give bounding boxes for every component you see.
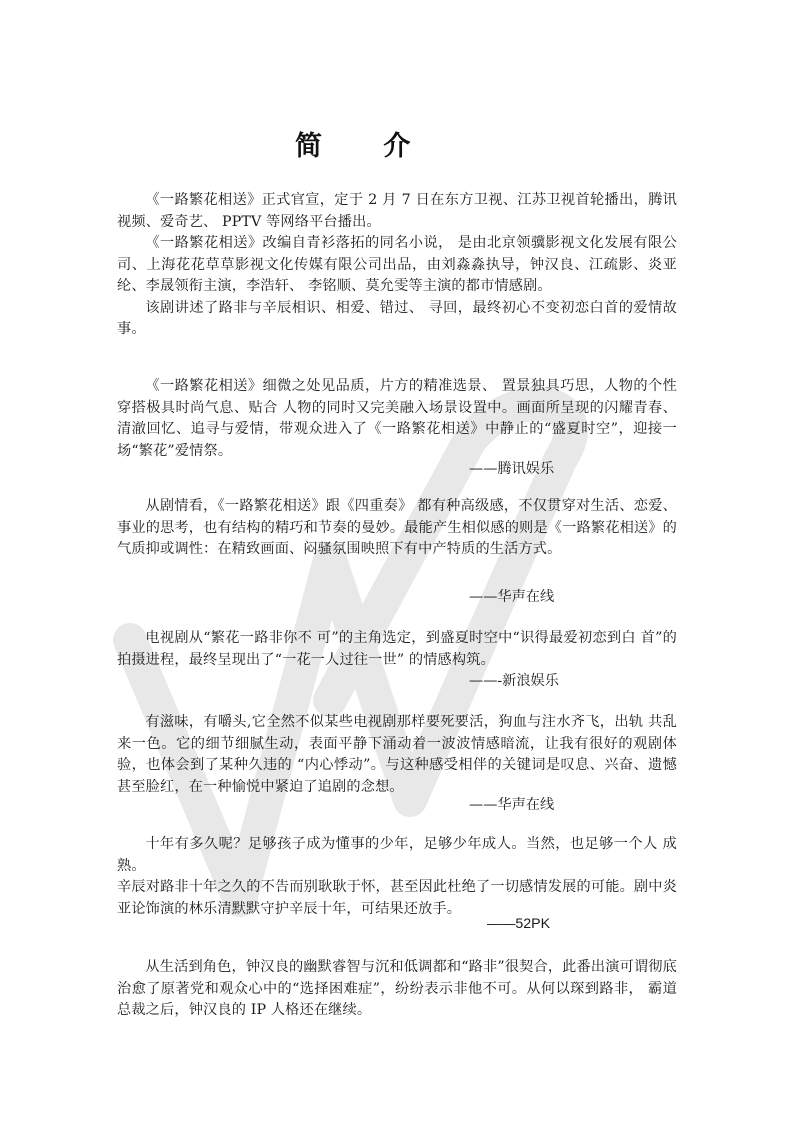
paragraph: 电视剧从“繁花一路非你不 可”的主角选定，到盛夏时空中“识得最爱初恋到白 首”的…	[117, 628, 677, 671]
closing-section: 从生活到角色，钟汉良的幽默睿智与沉和低调都和“路非”很契合，此番出演可谓彻底治愈…	[117, 957, 677, 1022]
review-source: ——腾讯娱乐	[469, 458, 554, 478]
paragraph: 《一路繁花相送》细微之处见品质，片方的精准选景、 置景独具巧思，人物的个性穿搭极…	[117, 376, 677, 462]
paragraph: 从生活到角色，钟汉良的幽默睿智与沉和低调都和“路非”很契合，此番出演可谓彻底治愈…	[117, 957, 677, 1022]
paragraph: 十年有多久呢？足够孩子成为懂事的少年，足够少年成人。当然，也足够一个人 成熟。	[117, 834, 677, 877]
page-title: 简 介	[295, 124, 436, 163]
paragraph: 辛辰对路非十年之久的不告而别耿耿于怀，甚至因此杜绝了一切感情发展的可能。剧中炎亚…	[117, 877, 677, 920]
paragraph: 该剧讲述了路非与辛辰相识、相爱、错过、 寻回，最终初心不变初恋白首的爱情故事。	[117, 298, 677, 341]
paragraph: 《一路繁花相送》正式官宣，定于 2 月 7 日在东方卫视、江苏卫视首轮播出，腾讯…	[117, 190, 677, 233]
review-source: ——华声在线	[469, 586, 554, 606]
review-source: ——-新浪娱乐	[469, 670, 559, 690]
review-section: 电视剧从“繁花一路非你不 可”的主角选定，到盛夏时空中“识得最爱初恋到白 首”的…	[117, 628, 677, 671]
paragraph: 《一路繁花相送》改编自青衫落拓的同名小说， 是由北京领骥影视文化发展有限公司、上…	[117, 233, 677, 298]
paragraph: 有滋味，有嚼头,它全然不似某些电视剧那样要死要活，狗血与注水齐飞，出轨 共乱来一…	[117, 712, 677, 798]
review-section: 从剧情看，《一路繁花相送》跟《四重奏》 都有种高级感，不仅贯穿对生活、恋爱、事业…	[117, 496, 677, 561]
review-section: 有滋味，有嚼头,它全然不似某些电视剧那样要死要活，狗血与注水齐飞，出轨 共乱来一…	[117, 712, 677, 798]
intro-section: 《一路繁花相送》正式官宣，定于 2 月 7 日在东方卫视、江苏卫视首轮播出，腾讯…	[117, 190, 677, 341]
review-source: ——52PK	[487, 916, 550, 932]
review-source: ——华声在线	[469, 794, 554, 814]
wps-watermark-icon	[0, 0, 793, 1122]
paragraph: 从剧情看，《一路繁花相送》跟《四重奏》 都有种高级感，不仅贯穿对生活、恋爱、事业…	[117, 496, 677, 561]
review-section: 十年有多久呢？足够孩子成为懂事的少年，足够少年成人。当然，也足够一个人 成熟。 …	[117, 834, 677, 920]
review-section: 《一路繁花相送》细微之处见品质，片方的精准选景、 置景独具巧思，人物的个性穿搭极…	[117, 376, 677, 462]
